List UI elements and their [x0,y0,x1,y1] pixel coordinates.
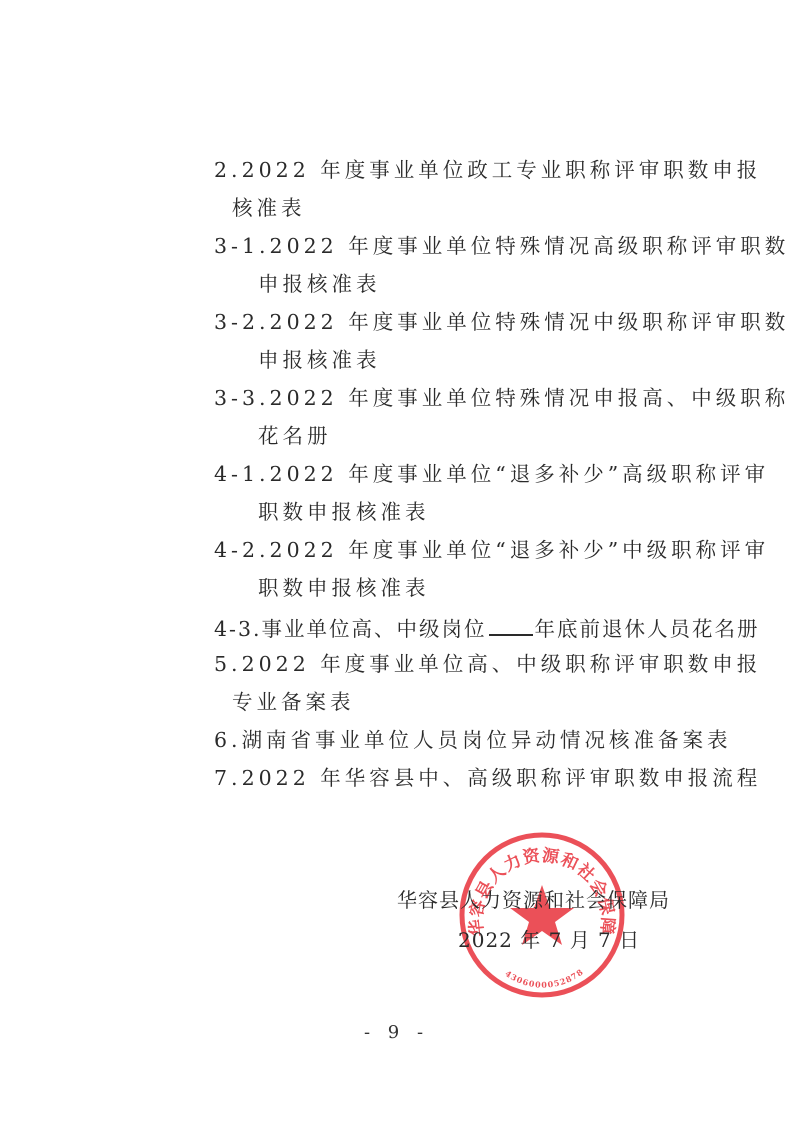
issuing-organization: 华容县人力资源和社会保障局 [397,890,670,910]
attachment-3-2-cont: 申报核准表 [258,350,381,371]
attachment-6: 6.湖南省事业单位人员岗位异动情况核准备案表 [214,730,732,751]
page-number: - 9 - [0,1022,793,1043]
attachment-3-1-cont: 申报核准表 [258,274,381,295]
attachment-5-cont: 专业备案表 [232,692,355,713]
issue-date: 2022 年 7 月 7 日 [458,930,640,950]
attachment-2: 2.2022 年度事业单位政工专业职称评审职数申报 [214,160,761,181]
attachment-4-2-cont: 职数申报核准表 [258,578,430,599]
attachment-3-3-cont: 花名册 [258,426,332,447]
attachment-3-3: 3-3.2022 年度事业单位特殊情况申报高、中级职称 [214,388,789,409]
attachment-5: 5.2022 年度事业单位高、中级职称评审职数申报 [214,654,761,675]
attachment-4-1-cont: 职数申报核准表 [258,502,430,523]
attachment-3-1: 3-1.2022 年度事业单位特殊情况高级职称评审职数 [214,236,789,257]
official-seal-icon: 华容县人力资源和社会保障局 4306000052878 [457,830,627,1000]
attachment-4-1: 4-1.2022 年度事业单位“退多补少”高级职称评审 [214,464,769,485]
year-blank [489,616,533,636]
attachment-4-3: 4-3.事业单位高、中级岗位年底前退休人员花名册 [214,616,760,640]
attachment-4-2: 4-2.2022 年度事业单位“退多补少”中级职称评审 [214,540,769,561]
attachment-3-2: 3-2.2022 年度事业单位特殊情况中级职称评审职数 [214,312,789,333]
attachment-2-cont: 核准表 [232,198,306,219]
attachment-7: 7.2022 年华容县中、高级职称评审职数申报流程 [214,768,761,789]
